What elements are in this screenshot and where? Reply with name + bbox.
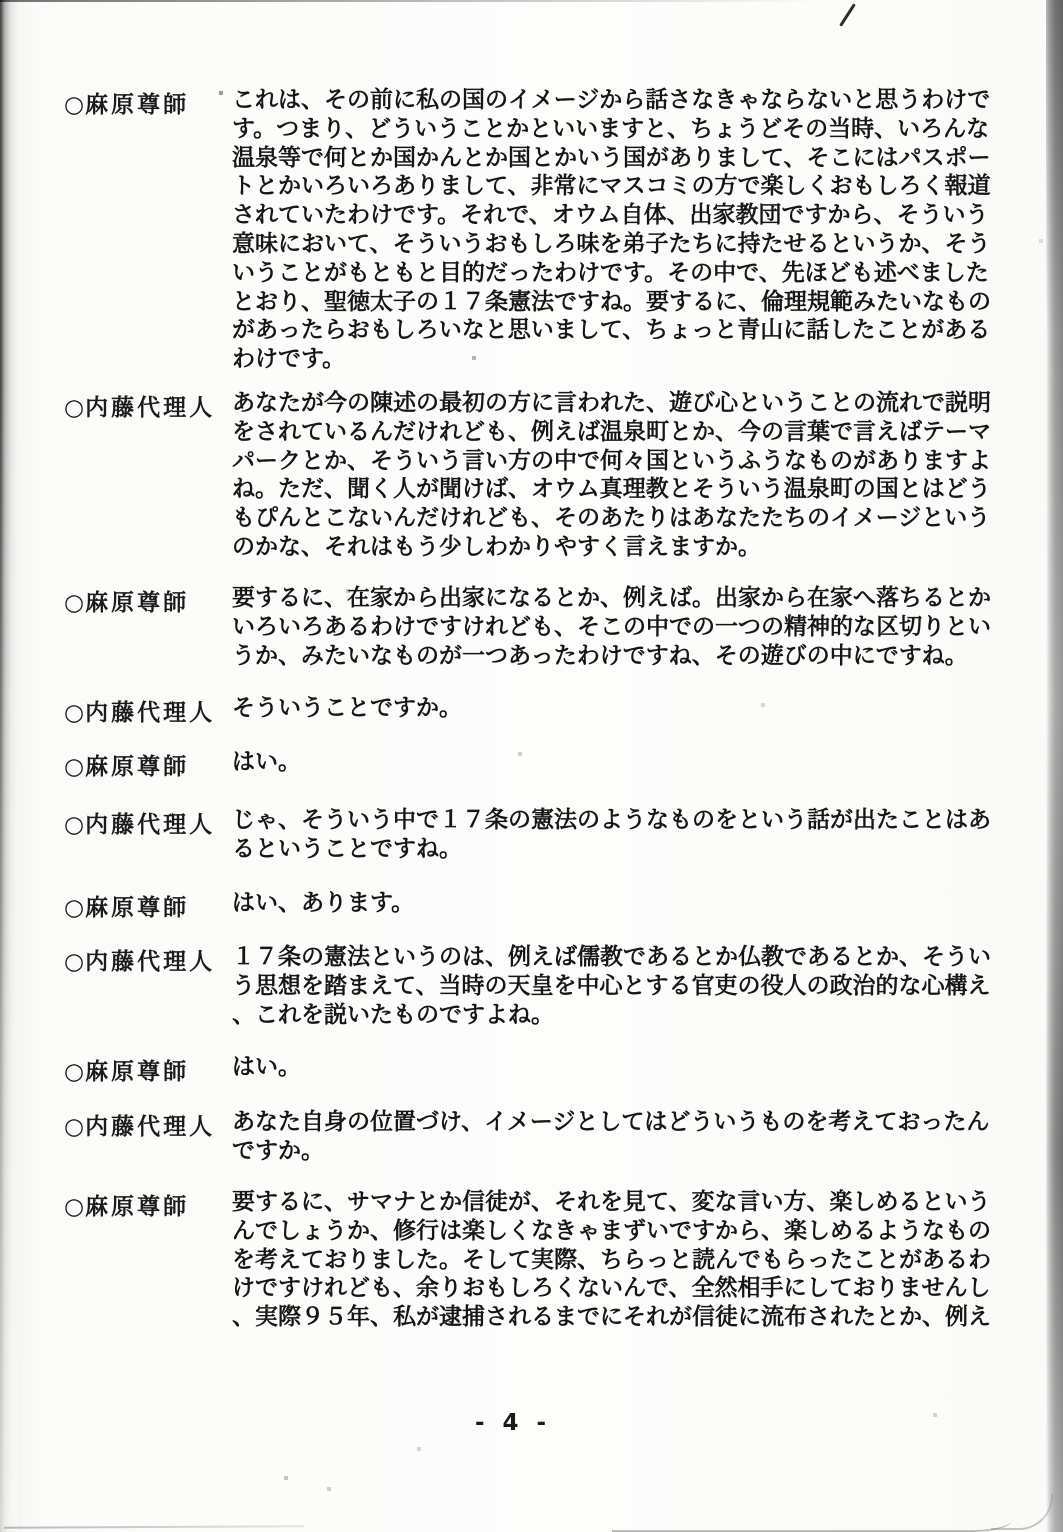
speaker-label: ○麻原尊師	[64, 889, 189, 922]
speaker-label: ○内藤代理人	[64, 806, 215, 839]
top-scan-line	[0, 0, 820, 2]
right-scan-band	[1046, 0, 1063, 1532]
speaker-label: ○麻原尊師	[64, 86, 189, 119]
speaker-marker-icon: ○	[64, 92, 84, 118]
speaker-label: ○内藤代理人	[64, 694, 215, 727]
turn-text: はい。	[232, 748, 1032, 777]
scan-noise-specks	[0, 0, 2, 2]
speaker-marker-icon: ○	[64, 1194, 84, 1220]
speaker-name: 内藤代理人	[85, 812, 215, 838]
turn-text: １７条の憲法というのは、例えば儒教であるとか仏教であるとか、そうい う思想を踏ま…	[232, 943, 1032, 1029]
speaker-label: ○麻原尊師	[64, 584, 189, 617]
speaker-name: 麻原尊師	[85, 590, 189, 616]
speaker-name: 麻原尊師	[85, 1194, 189, 1220]
speaker-label: ○内藤代理人	[64, 943, 215, 976]
speaker-marker-icon: ○	[64, 395, 84, 421]
speaker-name: 麻原尊師	[85, 895, 189, 921]
speaker-name: 麻原尊師	[85, 1059, 189, 1085]
speaker-label: ○麻原尊師	[64, 1053, 189, 1086]
speaker-name: 麻原尊師	[85, 92, 189, 118]
speaker-marker-icon: ○	[64, 700, 84, 726]
speaker-name: 内藤代理人	[85, 1114, 215, 1140]
speaker-marker-icon: ○	[64, 1114, 84, 1140]
turn-text: はい、あります。	[232, 889, 1032, 918]
paper-bottom-edge-right	[612, 1516, 1012, 1532]
page-number: - 4 -	[0, 1410, 1026, 1436]
speaker-label: ○内藤代理人	[64, 389, 215, 422]
scanned-page: ○麻原尊師 これは、その前に私の国のイメージから話さなきゃならないと思うわけで …	[0, 0, 1063, 1532]
paper-bottom-edge-left	[4, 1525, 304, 1529]
speaker-marker-icon: ○	[64, 812, 84, 838]
speaker-label: ○内藤代理人	[64, 1108, 215, 1141]
turn-text: じゃ、そういう中で１７条の憲法のようなものをという話が出たことはあ るということ…	[232, 806, 1032, 864]
speaker-marker-icon: ○	[64, 949, 84, 975]
turn-text: 要するに、在家から出家になるとか、例えば。出家から在家へ落ちるとか いろいろある…	[232, 584, 1032, 670]
speaker-label: ○麻原尊師	[64, 748, 189, 781]
turn-text: はい。	[232, 1053, 1032, 1082]
speaker-marker-icon: ○	[64, 754, 84, 780]
speaker-name: 内藤代理人	[85, 700, 215, 726]
turn-text: これは、その前に私の国のイメージから話さなきゃならないと思うわけで す。つまり、…	[232, 86, 1032, 374]
paper-bottom-corner	[991, 1494, 1053, 1530]
speaker-marker-icon: ○	[64, 590, 84, 616]
left-scan-edge-fade	[0, 0, 18, 1532]
speaker-name: 内藤代理人	[85, 395, 215, 421]
speaker-marker-icon: ○	[64, 1059, 84, 1085]
turn-text: そういうことですか。	[232, 694, 1032, 723]
speaker-marker-icon: ○	[64, 895, 84, 921]
speaker-label: ○麻原尊師	[64, 1188, 189, 1221]
turn-text: あなたが今の陳述の最初の方に言われた、遊び心ということの流れで説明 をされている…	[232, 389, 1032, 562]
pen-mark-icon	[839, 3, 856, 26]
turn-text: 要するに、サマナとか信徒が、それを見て、変な言い方、楽しめるという んでしょうか…	[232, 1188, 1032, 1332]
speaker-name: 麻原尊師	[85, 754, 189, 780]
turn-text: あなた自身の位置づけ、イメージとしてはどういうものを考えておったん ですか。	[232, 1108, 1032, 1166]
speaker-name: 内藤代理人	[85, 949, 215, 975]
